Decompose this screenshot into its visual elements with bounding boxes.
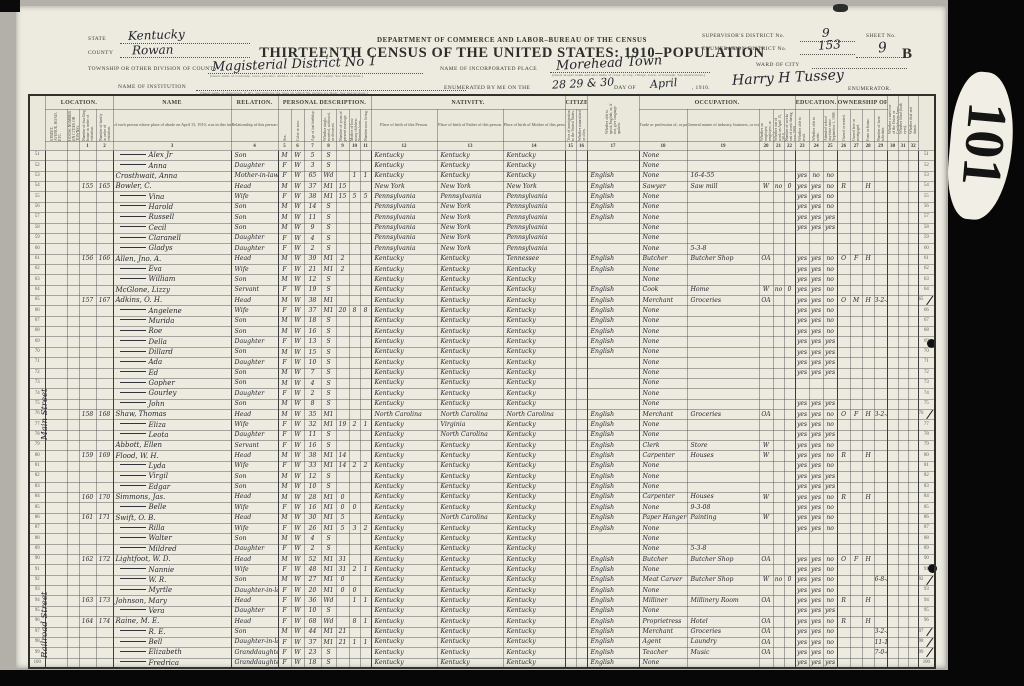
cell-cl <box>360 430 371 440</box>
cell-bl <box>898 254 908 264</box>
cell-o4 <box>874 482 887 492</box>
cell-p1: Pennsylvania <box>371 213 437 223</box>
cell-im <box>565 586 576 596</box>
cell-df <box>908 637 918 647</box>
cell-en: English <box>587 617 639 627</box>
cell-cr: W <box>291 409 304 419</box>
cell-sc: no <box>823 648 837 658</box>
cell-hn <box>67 544 79 554</box>
cell-hn <box>67 482 79 492</box>
cell-im <box>565 254 576 264</box>
cell-cr: W <box>291 368 304 378</box>
cell-nm: Walter <box>113 534 231 544</box>
cell-p2: New York <box>437 182 503 192</box>
cell-en: English <box>587 337 639 347</box>
cell-sx: F <box>278 337 291 347</box>
cell-cb <box>349 337 360 347</box>
col-number-en: 17 <box>587 142 639 151</box>
cell-cr: W <box>291 430 304 440</box>
cell-in <box>687 275 759 285</box>
cell-o2 <box>850 482 862 492</box>
cell-wk <box>784 233 795 243</box>
cell-st <box>45 482 67 492</box>
cell-p3: Kentucky <box>503 316 565 326</box>
cell-o4 <box>874 534 887 544</box>
cell-p1: Kentucky <box>371 285 437 295</box>
cell-o2 <box>850 513 862 523</box>
cell-o1 <box>837 606 850 616</box>
cell-ag: 13 <box>304 337 321 347</box>
cell-rn: 58 <box>918 223 935 233</box>
cell-wk <box>784 389 795 399</box>
cell-ow <box>773 389 784 399</box>
cell-p2: Kentucky <box>437 596 503 606</box>
enumerated-label: ENUMERATED BY ME ON THE <box>444 85 530 91</box>
cell-im <box>565 233 576 243</box>
cell-cr: W <box>291 451 304 461</box>
cell-nm: Swift, O. B. <box>113 513 231 523</box>
cell-em <box>759 461 773 471</box>
cell-nm: Harold <box>113 202 231 212</box>
cell-ln: 69 <box>29 337 45 347</box>
cell-o3 <box>862 430 874 440</box>
cell-ow <box>773 472 784 482</box>
cell-dw: 161 <box>79 513 96 523</box>
cell-hn <box>67 451 79 461</box>
cell-en <box>587 399 639 409</box>
cell-st <box>45 192 67 202</box>
cell-f <box>96 151 113 161</box>
cell-ym <box>336 327 349 337</box>
cell-cr: W <box>291 627 304 637</box>
cell-in <box>687 482 759 492</box>
cell-o2 <box>850 472 862 482</box>
surname-ditto-dash <box>120 154 146 155</box>
cell-p3: Kentucky <box>503 534 565 544</box>
cell-p3: Kentucky <box>503 389 565 399</box>
cell-ym <box>336 606 349 616</box>
col-number-f: 2 <box>96 142 113 151</box>
cell-hn <box>67 534 79 544</box>
surname-ditto-dash <box>120 547 146 548</box>
cell-vt <box>887 306 898 316</box>
cell-st <box>45 658 67 668</box>
cell-im <box>565 347 576 357</box>
cell-rl: Head <box>231 409 278 419</box>
cell-wr: yes <box>809 637 823 647</box>
cell-na <box>576 264 587 274</box>
cell-o3 <box>862 658 874 668</box>
cell-cb <box>349 151 360 161</box>
cell-rd: yes <box>795 223 809 233</box>
cell-rn: 76 <box>918 409 935 419</box>
surname-ditto-dash <box>120 319 146 320</box>
cell-bl <box>898 296 908 306</box>
cell-bl <box>898 327 908 337</box>
cell-na <box>576 503 587 513</box>
cell-sc: no <box>823 182 837 192</box>
cell-ow <box>773 244 784 254</box>
cell-cr: W <box>291 503 304 513</box>
cell-en: English <box>587 171 639 181</box>
table-row: 76158168Shaw, ThomasHeadMW35M1North Caro… <box>29 409 935 419</box>
cell-em <box>759 606 773 616</box>
table-row: 86161171Swift, O. B.HeadMW30M15KentuckyN… <box>29 513 935 523</box>
col-number-bl: 31 <box>898 142 908 151</box>
cell-ln: 70 <box>29 347 45 357</box>
cell-cr: W <box>291 244 304 254</box>
col-number-cr: 6 <box>291 142 304 151</box>
cell-o2 <box>850 503 862 513</box>
cell-wk <box>784 306 795 316</box>
cell-rl: Head <box>231 254 278 264</box>
cell-em <box>759 202 773 212</box>
cell-p2: Kentucky <box>437 627 503 637</box>
cell-vt <box>887 555 898 565</box>
cell-rn: 91 <box>918 565 935 575</box>
cell-cr: W <box>291 192 304 202</box>
cell-cb: 2 <box>349 565 360 575</box>
cell-ym: 20 <box>336 306 349 316</box>
cell-p2: Kentucky <box>437 523 503 533</box>
cell-o1 <box>837 347 850 357</box>
cell-vt <box>887 399 898 409</box>
col-header-ym: Number of years of present marriage. <box>336 110 349 142</box>
cell-cb <box>349 202 360 212</box>
cell-rl: Son <box>231 316 278 326</box>
cell-o1 <box>837 513 850 523</box>
cell-vt <box>887 544 898 554</box>
cell-in <box>687 565 759 575</box>
cell-df <box>908 648 918 658</box>
cell-o2 <box>850 523 862 533</box>
cell-vt <box>887 264 898 274</box>
cell-wr: yes <box>809 461 823 471</box>
cell-o2 <box>850 192 862 202</box>
cell-wk <box>784 399 795 409</box>
cell-p3: Kentucky <box>503 327 565 337</box>
table-row: 93MyrtleDaughter-in-lawFW20M100KentuckyK… <box>29 586 935 596</box>
cell-ms: S <box>321 441 336 451</box>
cell-rl: Head <box>231 617 278 627</box>
cell-cr: W <box>291 151 304 161</box>
cell-en <box>587 233 639 243</box>
cell-p3: Kentucky <box>503 347 565 357</box>
table-row: 68RoeSonMW16SKentuckyKentuckyKentuckyEng… <box>29 327 935 337</box>
cell-ag: 18 <box>304 658 321 668</box>
cell-o1 <box>837 233 850 243</box>
cell-en: English <box>587 606 639 616</box>
cell-cb <box>349 409 360 419</box>
cell-o1 <box>837 430 850 440</box>
cell-sc: no <box>823 441 837 451</box>
cell-o3 <box>862 503 874 513</box>
cell-in: Groceries <box>687 296 759 306</box>
cell-ow <box>773 420 784 430</box>
cell-p3: Kentucky <box>503 337 565 347</box>
cell-st <box>45 337 67 347</box>
cell-cl <box>360 254 371 264</box>
cell-cl <box>360 244 371 254</box>
ward-label: WARD OF CITY <box>756 62 800 68</box>
cell-sx: M <box>278 347 291 357</box>
cell-dw <box>79 627 96 637</box>
cell-ag: 4 <box>304 233 321 243</box>
cell-o3 <box>862 472 874 482</box>
township-label: TOWNSHIP OR OTHER DIVISION OF COUNTY <box>88 66 218 72</box>
cell-ms: M1 <box>321 492 336 502</box>
cell-sc: yes <box>823 658 837 668</box>
cell-ym <box>336 202 349 212</box>
cell-cl <box>360 213 371 223</box>
cell-wk <box>784 254 795 264</box>
cell-vt <box>887 441 898 451</box>
col-header-p2: Place of birth of Father of this person. <box>437 110 503 142</box>
cell-p1: Pennsylvania <box>371 244 437 254</box>
cell-cl <box>360 151 371 161</box>
cell-o4 <box>874 606 887 616</box>
cell-p1: Kentucky <box>371 171 437 181</box>
cell-tr: None <box>639 171 687 181</box>
cell-o4 <box>874 327 887 337</box>
cell-rd: yes <box>795 337 809 347</box>
cell-tr: None <box>639 389 687 399</box>
col-header-em: Whether an employer, employee, or workin… <box>759 110 773 142</box>
cell-p2: Kentucky <box>437 378 503 388</box>
cell-wr: yes <box>809 264 823 274</box>
cell-df <box>908 523 918 533</box>
cell-vt <box>887 233 898 243</box>
cell-ow <box>773 637 784 647</box>
cell-f <box>96 368 113 378</box>
cell-o1 <box>837 420 850 430</box>
cell-en: English <box>587 648 639 658</box>
col-header-p3: Place of birth of Mother of this person. <box>503 110 565 142</box>
cell-hn <box>67 223 79 233</box>
cell-vt <box>887 223 898 233</box>
cell-p2: New York <box>437 213 503 223</box>
cell-cr: W <box>291 482 304 492</box>
cell-ow <box>773 627 784 637</box>
cell-f <box>96 275 113 285</box>
cell-p3: Kentucky <box>503 441 565 451</box>
cell-bl <box>898 544 908 554</box>
cell-bl <box>898 482 908 492</box>
col-header-bl: Whether blind (both eyes). <box>898 95 908 142</box>
cell-ms: M1 <box>321 586 336 596</box>
cell-bl <box>898 223 908 233</box>
cell-p2: Kentucky <box>437 658 503 668</box>
cell-o4 <box>874 347 887 357</box>
cell-sx: M <box>278 327 291 337</box>
enumerated-year: , 1910. <box>692 85 710 91</box>
cell-ln: 86 <box>29 513 45 523</box>
cell-rn: 81 <box>918 461 935 471</box>
cell-wr: yes <box>809 627 823 637</box>
cell-in <box>687 658 759 668</box>
cell-in: 5-3-8 <box>687 244 759 254</box>
cell-wr <box>809 389 823 399</box>
cell-p2: Kentucky <box>437 358 503 368</box>
cell-o1 <box>837 192 850 202</box>
cell-f <box>96 327 113 337</box>
cell-ms: M1 <box>321 296 336 306</box>
cell-p3: Kentucky <box>503 264 565 274</box>
cell-rn: 87 <box>918 523 935 533</box>
cell-in <box>687 161 759 171</box>
cell-na <box>576 492 587 502</box>
cell-hn <box>67 244 79 254</box>
cell-rd: yes <box>795 264 809 274</box>
cell-p2: Kentucky <box>437 254 503 264</box>
cell-ms: S <box>321 399 336 409</box>
cell-o3 <box>862 389 874 399</box>
cell-hn <box>67 347 79 357</box>
cell-tr: None <box>639 233 687 243</box>
cell-cl <box>360 275 371 285</box>
cell-wr: yes <box>809 223 823 233</box>
cell-tr: Carpenter <box>639 451 687 461</box>
cell-nm: Elizabeth <box>113 648 231 658</box>
cell-na <box>576 223 587 233</box>
cell-em <box>759 368 773 378</box>
cell-o2 <box>850 399 862 409</box>
cell-df <box>908 306 918 316</box>
cell-in: Store <box>687 441 759 451</box>
cell-o4 <box>874 202 887 212</box>
cell-wk <box>784 327 795 337</box>
cell-hn <box>67 182 79 192</box>
cell-in: Houses <box>687 492 759 502</box>
cell-rn: 61 <box>918 254 935 264</box>
cell-rl: Son <box>231 627 278 637</box>
cell-dw: 155 <box>79 182 96 192</box>
cell-ms: S <box>321 285 336 295</box>
cell-rn: 77 <box>918 420 935 430</box>
cell-tr: None <box>639 399 687 409</box>
cell-df <box>908 565 918 575</box>
table-row: 84160170Simmons, Jas.HeadMW28M10Kentucky… <box>29 492 935 502</box>
col-header-na: Whether naturalized or alien. <box>576 110 587 142</box>
cell-ow <box>773 544 784 554</box>
cell-en <box>587 544 639 554</box>
cell-cb: 3 <box>349 523 360 533</box>
cell-sx: M <box>278 275 291 285</box>
cell-ag: 19 <box>304 285 321 295</box>
cell-p1: Kentucky <box>371 347 437 357</box>
cell-em: OA <box>759 296 773 306</box>
cell-sx: F <box>278 441 291 451</box>
cell-bl <box>898 409 908 419</box>
cell-in <box>687 223 759 233</box>
table-row: 69DellaDaughterFW13SKentuckyKentuckyKent… <box>29 337 935 347</box>
cell-ms: S <box>321 151 336 161</box>
cell-cb: 0 <box>349 503 360 513</box>
cell-em <box>759 658 773 668</box>
cell-cb: 1 <box>349 596 360 606</box>
cell-em: W <box>759 182 773 192</box>
cell-rl: Wife <box>231 523 278 533</box>
cell-dw <box>79 472 96 482</box>
cell-ag: 35 <box>304 409 321 419</box>
cell-ms: S <box>321 161 336 171</box>
table-row: 67MuridaSonMW18SKentuckyKentuckyKentucky… <box>29 316 935 326</box>
cell-o3: H <box>862 596 874 606</box>
cell-na <box>576 327 587 337</box>
cell-ag: 15 <box>304 347 321 357</box>
surname-ditto-dash <box>120 247 146 248</box>
cell-ag: 27 <box>304 575 321 585</box>
cell-rn: 100 <box>918 658 935 668</box>
cell-df <box>908 213 918 223</box>
surname-ditto-dash <box>120 578 146 579</box>
cell-cl <box>360 337 371 347</box>
cell-vt <box>887 472 898 482</box>
cell-cb <box>349 285 360 295</box>
cell-wr: yes <box>809 451 823 461</box>
cell-o2 <box>850 575 862 585</box>
cell-ln: 56 <box>29 202 45 212</box>
cell-tr: None <box>639 213 687 223</box>
cell-df <box>908 202 918 212</box>
cell-ow <box>773 399 784 409</box>
cell-o4 <box>874 264 887 274</box>
cell-bl <box>898 202 908 212</box>
cell-wk <box>784 658 795 668</box>
cell-hn <box>67 275 79 285</box>
col-header-hn: HOUSE NUMBER (IN CITIES OR TOWNS). <box>67 110 79 142</box>
cell-sx: F <box>278 389 291 399</box>
cell-ow <box>773 202 784 212</box>
cell-ln: 100 <box>29 658 45 668</box>
cell-na <box>576 617 587 627</box>
cell-dw <box>79 275 96 285</box>
cell-ow <box>773 523 784 533</box>
cell-cb <box>349 648 360 658</box>
cell-na <box>576 555 587 565</box>
cell-sc: no <box>823 316 837 326</box>
cell-ms: S <box>321 606 336 616</box>
street-name-vertical: Main Street <box>40 389 50 440</box>
cell-wk <box>784 264 795 274</box>
cell-wr: yes <box>809 275 823 285</box>
cell-o2 <box>850 430 862 440</box>
cell-na <box>576 254 587 264</box>
cell-f <box>96 658 113 668</box>
cell-en: English <box>587 254 639 264</box>
cell-rn: 52 <box>918 161 935 171</box>
cell-ym <box>336 368 349 378</box>
cell-tr: Sawyer <box>639 182 687 192</box>
cell-ag: 2 <box>304 244 321 254</box>
cell-in: Butcher Shop <box>687 254 759 264</box>
cell-o1 <box>837 151 850 161</box>
col-header-vt: Whether a survivor of the Union or Confe… <box>887 95 898 142</box>
cell-sx: F <box>278 565 291 575</box>
cell-f <box>96 441 113 451</box>
cell-p1: Kentucky <box>371 523 437 533</box>
cell-st <box>45 254 67 264</box>
cell-o3 <box>862 213 874 223</box>
cell-nm: Belle <box>113 503 231 513</box>
cell-rn: 70 <box>918 347 935 357</box>
group-header-personal: PERSONAL DESCRIPTION. <box>278 95 371 110</box>
cell-p1: Kentucky <box>371 275 437 285</box>
cell-wk <box>784 472 795 482</box>
cell-sc: no <box>823 565 837 575</box>
cell-bl <box>898 441 908 451</box>
cell-im <box>565 264 576 274</box>
